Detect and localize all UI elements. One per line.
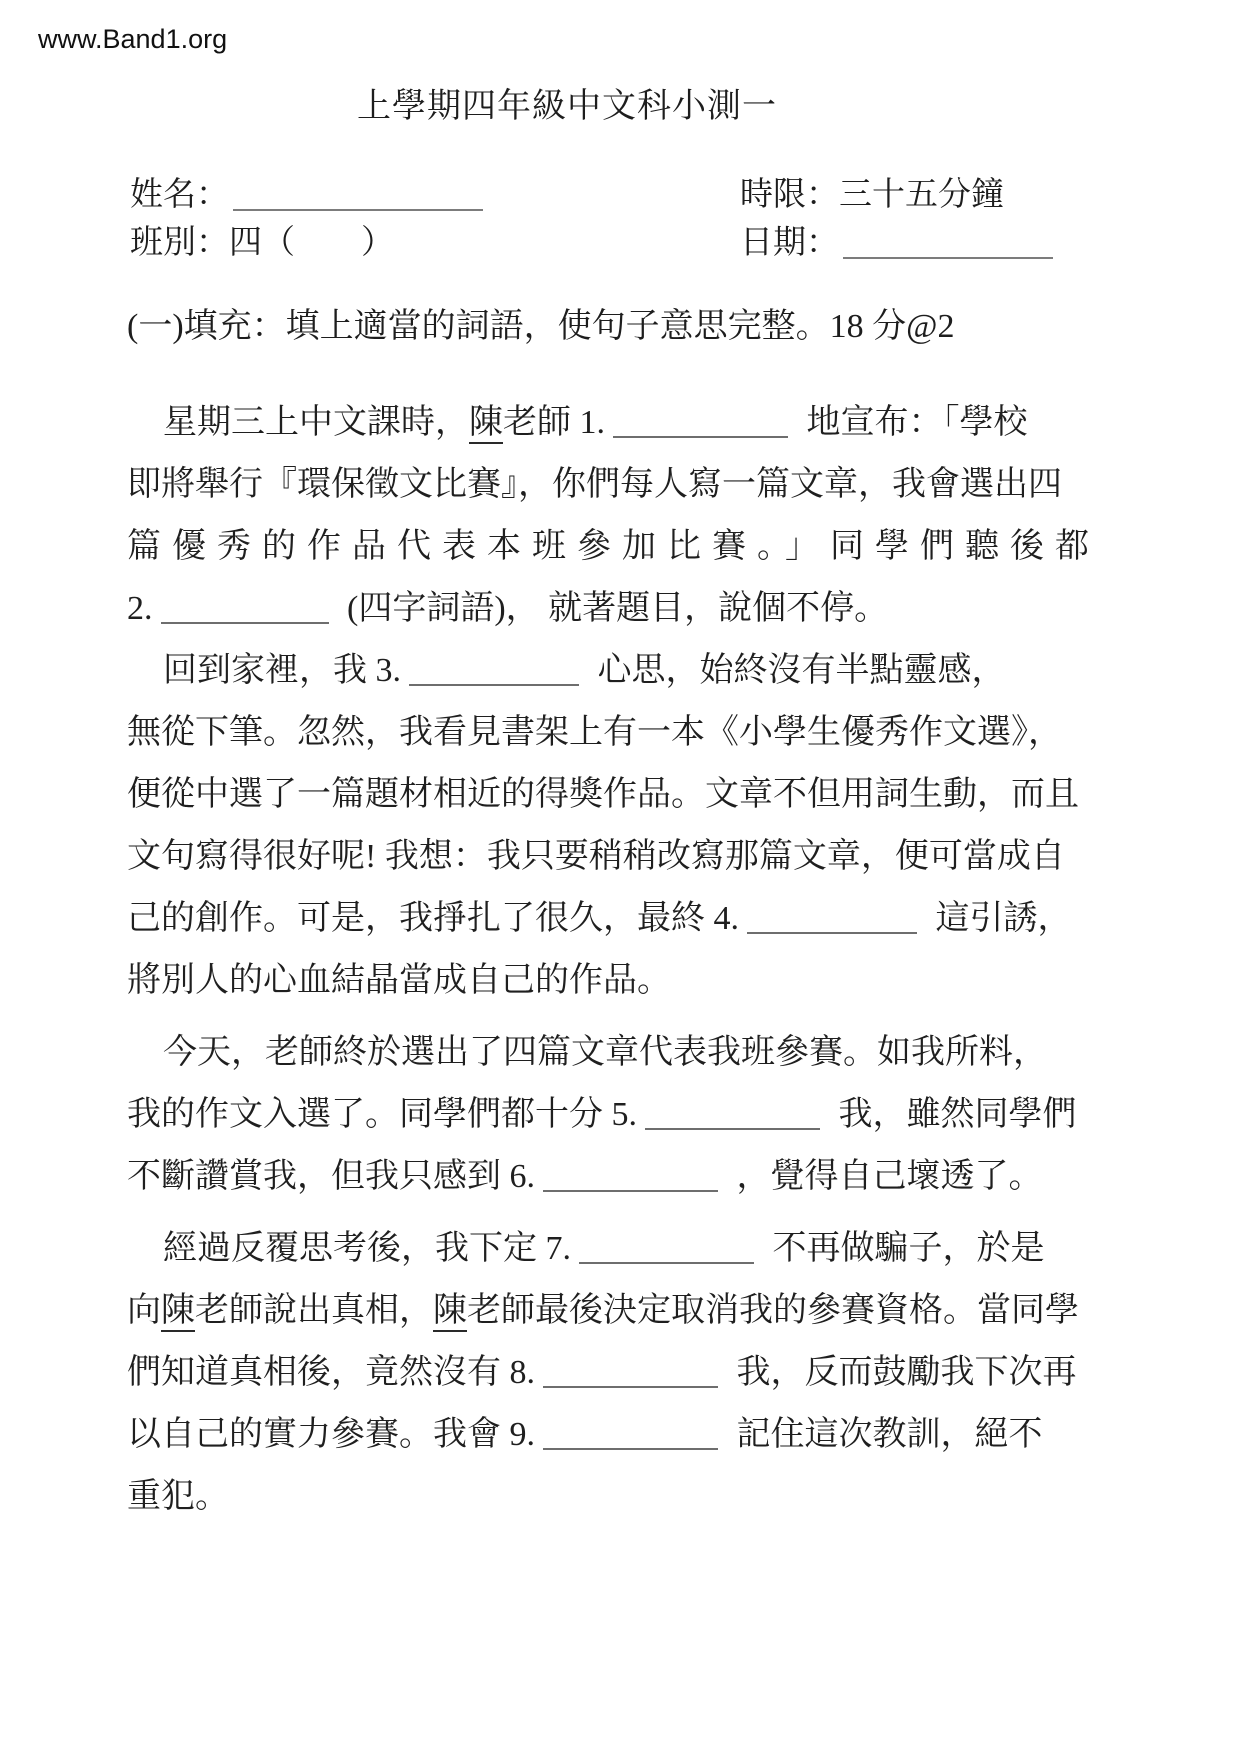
text-run: 經過反覆思考後，我下定 7. (163, 1230, 571, 1267)
text-run: 地宣布：「學校 (798, 404, 1028, 441)
text-run: (四字詞語)， 就著題目，說個不停。 (339, 590, 889, 627)
time-limit-field: 時限：三十五分鐘 (740, 168, 1004, 215)
watermark-url: www.Band1.org (38, 24, 227, 55)
text-run: 老師 1. (503, 404, 605, 441)
scanned-test-paper: www.Band1.org 上學期四年級中文科小測一 姓名： 班別：四（ ） 時… (0, 0, 1240, 1754)
fill-blank-q5 (645, 1094, 820, 1130)
text-run: 篇優秀的作品代表本班參加比賽。」同學們聽後都 (127, 528, 1100, 565)
fill-blank-q1 (613, 402, 788, 438)
name-label: 姓名： (130, 177, 229, 213)
body-line: 我的作文入選了。同學們都十分 5. 我，雖然同學們 (127, 1084, 1127, 1146)
body-line: 己的創作。可是，我掙扎了很久，最終 4. 這引誘， (127, 888, 1127, 950)
fill-blank-q6 (543, 1156, 718, 1192)
body-line: 今天，老師終於選出了四篇文章代表我班參賽。如我所料， (127, 1022, 1127, 1084)
page-title: 上學期四年級中文科小測一 (0, 78, 1134, 127)
body-line: 2. (四字詞語)， 就著題目，說個不停。 (127, 578, 1127, 640)
class-field: 班別：四（ ） (130, 216, 394, 263)
text-run: 便從中選了一篇題材相近的得獎作品。文章不但用詞生動，而且 (127, 776, 1079, 813)
date-field: 日期： (740, 216, 1053, 263)
text-run: 以自己的實力參賽。我會 9. (127, 1416, 535, 1453)
text-run: 將別人的心血結晶當成自己的作品。 (127, 962, 671, 999)
body-line: 文句寫得很好呢! 我想：我只要稍稍改寫那篇文章，便可當成自 (127, 826, 1127, 888)
date-blank-line (843, 224, 1053, 259)
body-line: 篇優秀的作品代表本班參加比賽。」同學們聽後都 (127, 516, 1127, 578)
text-run: 不斷讚賞我，但我只感到 6. (127, 1158, 535, 1195)
body-line: 重犯。 (127, 1466, 1127, 1528)
text-run: 己的創作。可是，我掙扎了很久，最終 4. (127, 900, 739, 937)
date-label: 日期： (740, 225, 839, 261)
text-run: 2. (127, 590, 153, 627)
text-run: 星期三上中文課時， (163, 404, 469, 441)
text-run: 記住這次教訓，絕不 (728, 1416, 1043, 1453)
text-run: 文句寫得很好呢! 我想：我只要稍稍改寫那篇文章，便可當成自 (127, 838, 1065, 875)
text-run: 回到家裡，我 3. (163, 652, 401, 689)
text-run: 今天，老師終於選出了四篇文章代表我班參賽。如我所料， (163, 1034, 1047, 1071)
class-label: 班別：四（ ） (130, 225, 394, 261)
body: 星期三上中文課時，陳老師 1. 地宣布：「學校即將舉行『環保徵文比賽』，你們每人… (127, 392, 1127, 1528)
fill-blank-q2 (161, 588, 329, 624)
body-line: 們知道真相後，竟然沒有 8. 我，反而鼓勵我下次再 (127, 1342, 1127, 1404)
body-line: 即將舉行『環保徵文比賽』，你們每人寫一篇文章，我會選出四 (127, 454, 1127, 516)
fill-blank-q9 (543, 1414, 718, 1450)
name-blank-line (233, 176, 483, 211)
text-run: 我，雖然同學們 (830, 1096, 1077, 1133)
body-line: 以自己的實力參賽。我會 9. 記住這次教訓，絕不 (127, 1404, 1127, 1466)
section-heading: (一)填充：填上適當的詞語，使句子意思完整。18 分@2 (127, 298, 954, 347)
proper-noun-underline: 陳 (433, 1292, 467, 1332)
text-run: 老師說出真相， (195, 1292, 433, 1329)
body-line: 向陳老師說出真相，陳老師最後決定取消我的參賽資格。當同學 (127, 1280, 1127, 1342)
fill-blank-q4 (747, 898, 917, 934)
text-run: 們知道真相後，竟然沒有 8. (127, 1354, 535, 1391)
text-run: ，覺得自己壞透了。 (728, 1158, 1043, 1195)
proper-noun-underline: 陳 (469, 404, 503, 444)
fill-blank-q3 (409, 650, 579, 686)
body-line: 星期三上中文課時，陳老師 1. 地宣布：「學校 (127, 392, 1127, 454)
fill-blank-q8 (543, 1352, 718, 1388)
text-run: 我的作文入選了。同學們都十分 5. (127, 1096, 637, 1133)
text-run: 心思，始終沒有半點靈感， (589, 652, 1006, 689)
text-run: 這引誘， (927, 900, 1072, 937)
proper-noun-underline: 陳 (161, 1292, 195, 1332)
body-line: 將別人的心血結晶當成自己的作品。 (127, 950, 1127, 1012)
text-run: 我，反而鼓勵我下次再 (728, 1354, 1077, 1391)
fill-blank-q7 (579, 1228, 754, 1264)
time-limit-label: 時限：三十五分鐘 (740, 177, 1004, 213)
text-run: 老師最後決定取消我的參賽資格。當同學 (467, 1292, 1079, 1329)
body-line: 便從中選了一篇題材相近的得獎作品。文章不但用詞生動，而且 (127, 764, 1127, 826)
text-run: 無從下筆。忽然，我看見書架上有一本《小學生優秀作文選》， (127, 714, 1062, 751)
name-field: 姓名： (130, 168, 483, 215)
text-run: 向 (127, 1292, 161, 1329)
text-run: 即將舉行『環保徵文比賽』，你們每人寫一篇文章，我會選出四 (127, 466, 1062, 503)
body-line: 無從下筆。忽然，我看見書架上有一本《小學生優秀作文選》， (127, 702, 1127, 764)
text-run: 不再做騙子，於是 (764, 1230, 1045, 1267)
body-line: 回到家裡，我 3. 心思，始終沒有半點靈感， (127, 640, 1127, 702)
body-line: 經過反覆思考後，我下定 7. 不再做騙子，於是 (127, 1218, 1127, 1280)
body-line: 不斷讚賞我，但我只感到 6. ，覺得自己壞透了。 (127, 1146, 1127, 1208)
text-run: 重犯。 (127, 1478, 229, 1515)
